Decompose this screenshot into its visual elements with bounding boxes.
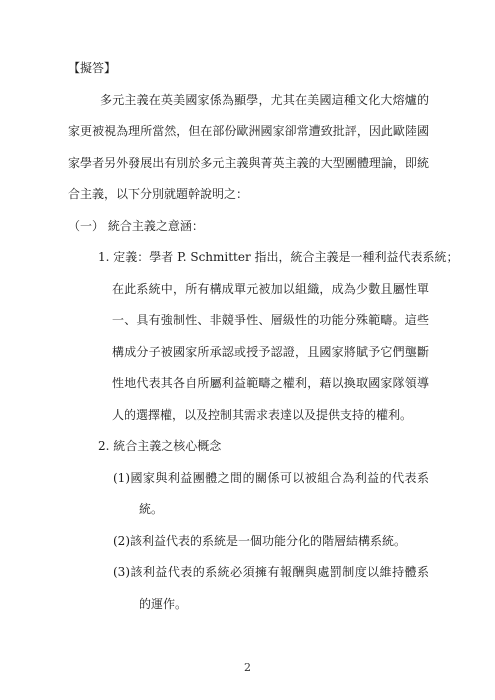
- subitem-line: 統。: [68, 494, 429, 526]
- item2-heading: 2. 統合主義之核心概念: [68, 431, 429, 463]
- intro-line: 家學者另外發展出有別於多元主義與菁英主義的大型團體理論，即統: [68, 148, 429, 180]
- subitem-line: (1)國家與利益團體之間的關係可以被組合為利益的代表系: [68, 463, 429, 495]
- page-number: 2: [0, 661, 495, 675]
- document-page: 【擬答】 多元主義在英美國家係為顯學，尤其在美國這種文化大熔爐的國 家更被視為理…: [0, 0, 495, 700]
- answer-label: 【擬答】: [68, 53, 429, 85]
- item1-line: 1. 定義：學者 P. Schmitter 指出，統合主義是一種利益代表系統；: [68, 242, 429, 274]
- subitem-line: 的運作。: [68, 589, 429, 621]
- subitem-line: (3)該利益代表的系統必須擁有報酬與處罰制度以維持體系: [68, 557, 429, 589]
- intro-line: 合主義，以下分別就題幹說明之：: [68, 179, 429, 211]
- answer-text-block: 【擬答】 多元主義在英美國家係為顯學，尤其在美國這種文化大熔爐的國 家更被視為理…: [68, 53, 429, 620]
- intro-line: 多元主義在英美國家係為顯學，尤其在美國這種文化大熔爐的國: [68, 85, 429, 117]
- item1-line: 人的選擇權，以及控制其需求表達以及提供支持的權利。: [68, 400, 429, 432]
- item1-line: 在此系統中，所有構成單元被加以組織，成為少數且屬性單: [68, 274, 429, 306]
- section-heading: （一） 統合主義之意涵：: [68, 211, 429, 243]
- intro-line: 家更被視為理所當然，但在部份歐洲國家卻常遭致批評，因此歐陸國: [68, 116, 429, 148]
- item1-line: 一、具有強制性、非競爭性、層級性的功能分殊範疇。這些: [68, 305, 429, 337]
- item1-line: 性地代表其各自所屬利益範疇之權利，藉以換取國家隊領導: [68, 368, 429, 400]
- subitem-line: (2)該利益代表的系統是一個功能分化的階層結構系統。: [68, 526, 429, 558]
- item1-line: 構成分子被國家所承認或授予認證，且國家將賦予它們壟斷: [68, 337, 429, 369]
